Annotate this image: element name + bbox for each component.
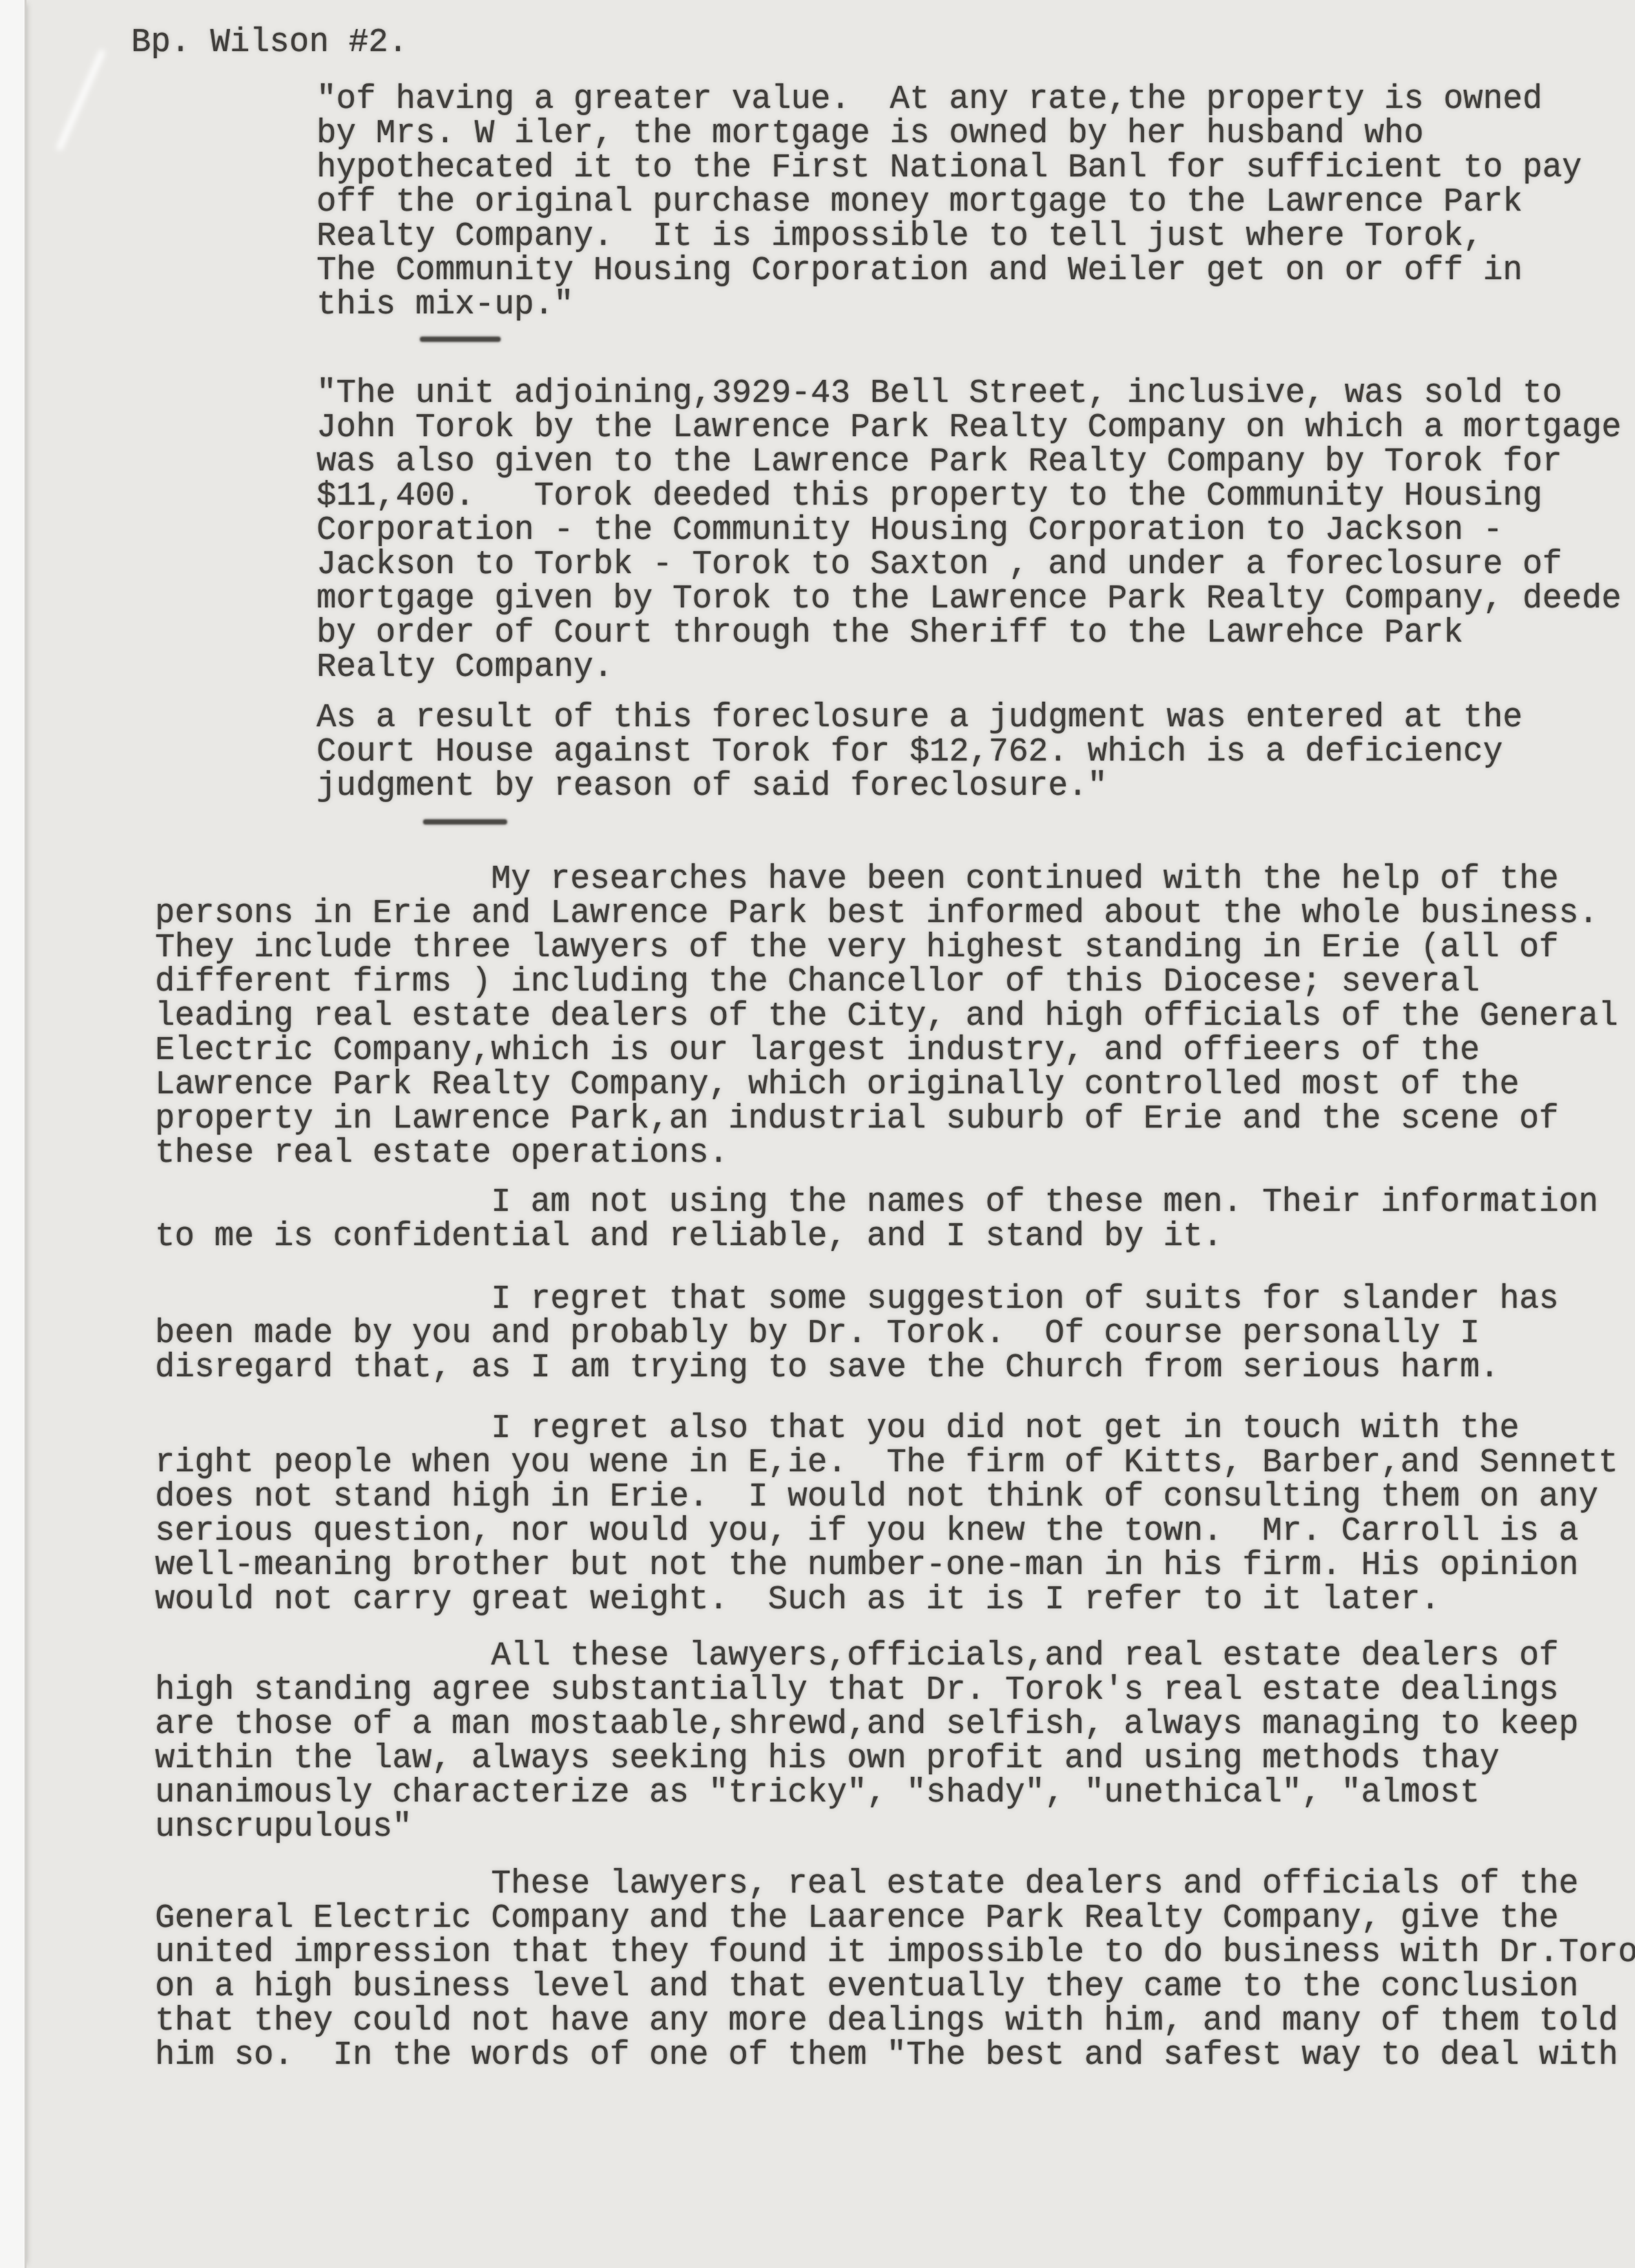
quoted-paragraph-1: "of having a greater value. At any rate,… [317, 83, 1582, 322]
quoted-paragraph-2: "The unit adjoining,3929-43 Bell Street,… [317, 377, 1621, 685]
scanned-letter-page: Bp. Wilson #2. "of having a greater valu… [0, 0, 1635, 2268]
body-paragraph-3: I regret that some suggestion of suits f… [155, 1283, 1559, 1385]
body-paragraph-2: I am not using the names of these men. T… [155, 1186, 1598, 1254]
section-divider-1 [420, 337, 501, 342]
section-divider-2 [423, 819, 507, 824]
paper-crease-mark [56, 48, 106, 151]
body-paragraph-1: My researches have been continued with t… [155, 863, 1618, 1171]
quoted-paragraph-3: As a result of this foreclosure a judgme… [317, 701, 1523, 804]
body-paragraph-5: All these lawyers,officials,and real est… [155, 1639, 1579, 1845]
scanner-edge-strip [0, 0, 26, 2268]
body-paragraph-4: I regret also that you did not get in to… [155, 1412, 1618, 1617]
page-header: Bp. Wilson #2. [131, 26, 408, 60]
body-paragraph-6: These lawyers, real estate dealers and o… [155, 1867, 1635, 2073]
